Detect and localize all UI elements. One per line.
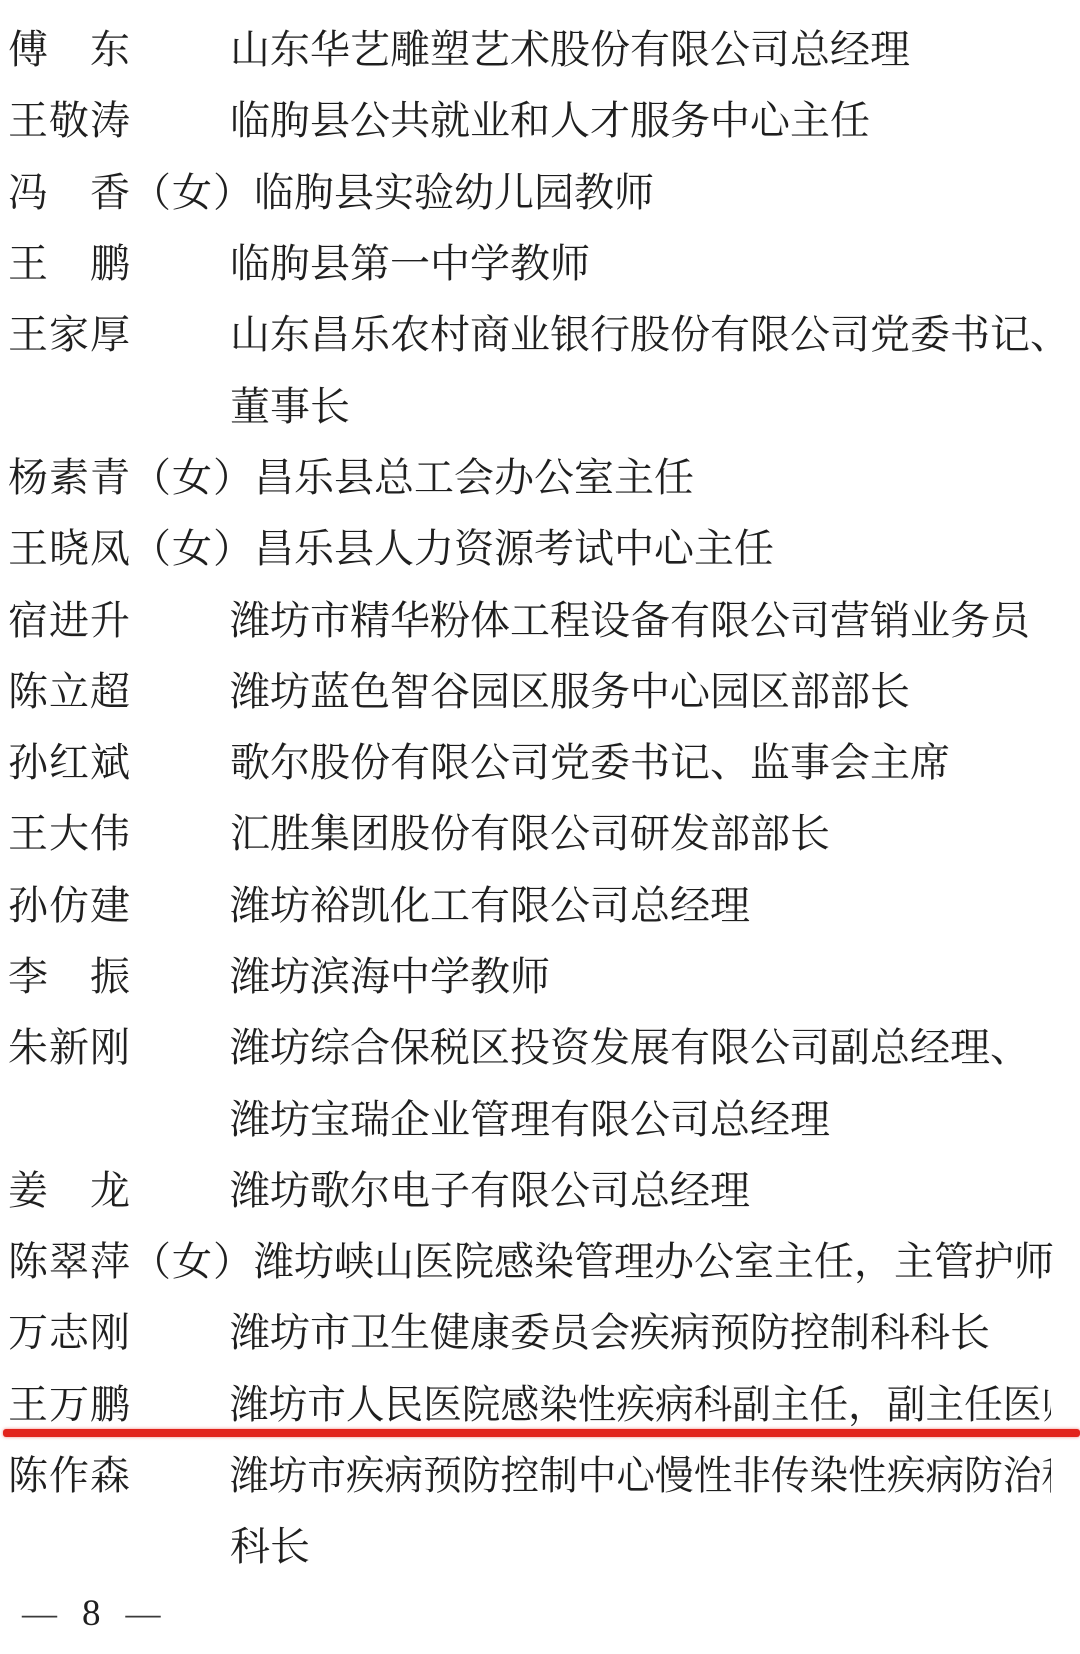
- person-name: 陈作森: [0, 1444, 230, 1501]
- person-title: 潍坊歌尔电子有限公司总经理: [230, 1159, 1080, 1216]
- person-title: 潍坊峡山医院感染管理办公室主任，主管护师: [254, 1230, 1080, 1287]
- roster-row: 陈作森潍坊市疾病预防控制中心慢性非传染性疾病防治科: [0, 1437, 1080, 1508]
- person-title: 潍坊综合保税区投资发展有限公司副总经理、: [230, 1016, 1080, 1073]
- person-title: 歌尔股份有限公司党委书记、监事会主席: [230, 731, 1080, 788]
- person-name: 宿进升: [0, 589, 230, 646]
- person-title: 潍坊市精华粉体工程设备有限公司营销业务员: [230, 589, 1080, 646]
- person-name: 孙仿建: [0, 874, 230, 931]
- person-title: 潍坊市疾病预防控制中心慢性非传染性疾病防治科: [230, 1444, 1051, 1501]
- person-name: 冯 香（女）: [0, 161, 254, 218]
- footer-left-dash: —: [22, 1594, 57, 1634]
- person-title: 临朐县第一中学教师: [230, 232, 1080, 289]
- roster-row: 潍坊宝瑞企业管理有限公司总经理: [0, 1080, 1080, 1151]
- person-title: 潍坊市人民医院感染性疾病科副主任，副主任医师: [230, 1373, 1051, 1430]
- roster-row: 王家厚山东昌乐农村商业银行股份有限公司党委书记、: [0, 296, 1080, 367]
- person-title: 山东昌乐农村商业银行股份有限公司党委书记、: [230, 303, 1080, 360]
- roster-row: 董事长: [0, 367, 1080, 438]
- person-name: 孙红斌: [0, 731, 230, 788]
- person-name: 王晓凤（女）: [0, 517, 254, 574]
- person-title: 董事长: [230, 375, 1080, 432]
- roster-row: 陈翠萍（女）潍坊峡山医院感染管理办公室主任，主管护师: [0, 1223, 1080, 1294]
- person-title: 汇胜集团股份有限公司研发部部长: [230, 802, 1080, 859]
- roster-row: 宿进升潍坊市精华粉体工程设备有限公司营销业务员: [0, 581, 1080, 652]
- person-title: 潍坊宝瑞企业管理有限公司总经理: [230, 1088, 1080, 1145]
- roster-row: 孙红斌歌尔股份有限公司党委书记、监事会主席: [0, 724, 1080, 795]
- person-name: 陈立超: [0, 660, 230, 717]
- person-name: 王大伟: [0, 802, 230, 859]
- person-title: 潍坊蓝色智谷园区服务中心园区部部长: [230, 660, 1080, 717]
- roster-row: 科长: [0, 1508, 1080, 1579]
- page-footer: — 8 —: [22, 1592, 161, 1635]
- person-name: 傅 东: [0, 18, 230, 75]
- roster-row: 杨素青（女）昌乐县总工会办公室主任: [0, 439, 1080, 510]
- person-name: 王敬涛: [0, 89, 230, 146]
- award-roster: 傅 东山东华艺雕塑艺术股份有限公司总经理王敬涛临朐县公共就业和人才服务中心主任冯…: [0, 11, 1080, 1580]
- roster-row: 孙仿建潍坊裕凯化工有限公司总经理: [0, 867, 1080, 938]
- roster-row: 朱新刚潍坊综合保税区投资发展有限公司副总经理、: [0, 1009, 1080, 1080]
- footer-right-dash: —: [126, 1594, 161, 1634]
- person-name: 陈翠萍（女）: [0, 1230, 254, 1287]
- person-name: 王家厚: [0, 303, 230, 360]
- person-title: 潍坊裕凯化工有限公司总经理: [230, 874, 1080, 931]
- roster-row: 王 鹏临朐县第一中学教师: [0, 225, 1080, 296]
- person-title: 临朐县实验幼儿园教师: [254, 161, 1080, 218]
- person-name: 姜 龙: [0, 1159, 230, 1216]
- person-title: 潍坊市卫生健康委员会疾病预防控制科科长: [230, 1301, 1080, 1358]
- person-name: 王万鹏: [0, 1373, 230, 1430]
- roster-row: 冯 香（女）临朐县实验幼儿园教师: [0, 154, 1080, 225]
- person-title: 昌乐县人力资源考试中心主任: [254, 517, 1080, 574]
- roster-row: 王晓凤（女）昌乐县人力资源考试中心主任: [0, 510, 1080, 581]
- person-title: 山东华艺雕塑艺术股份有限公司总经理: [230, 18, 1080, 75]
- person-title: 科长: [230, 1515, 1080, 1572]
- roster-row: 姜 龙潍坊歌尔电子有限公司总经理: [0, 1152, 1080, 1223]
- roster-row: 李 振潍坊滨海中学教师: [0, 938, 1080, 1009]
- document-page: 傅 东山东华艺雕塑艺术股份有限公司总经理王敬涛临朐县公共就业和人才服务中心主任冯…: [0, 0, 1080, 1654]
- roster-row: 王万鹏潍坊市人民医院感染性疾病科副主任，副主任医师: [0, 1366, 1080, 1437]
- person-title: 潍坊滨海中学教师: [230, 945, 1080, 1002]
- person-name: 杨素青（女）: [0, 446, 254, 503]
- roster-row: 王敬涛临朐县公共就业和人才服务中心主任: [0, 82, 1080, 153]
- roster-row: 傅 东山东华艺雕塑艺术股份有限公司总经理: [0, 11, 1080, 82]
- roster-row: 王大伟汇胜集团股份有限公司研发部部长: [0, 795, 1080, 866]
- person-title: 临朐县公共就业和人才服务中心主任: [230, 89, 1080, 146]
- person-name: 朱新刚: [0, 1016, 230, 1073]
- person-name: 王 鹏: [0, 232, 230, 289]
- roster-row: 陈立超潍坊蓝色智谷园区服务中心园区部部长: [0, 653, 1080, 724]
- roster-row: 万志刚潍坊市卫生健康委员会疾病预防控制科科长: [0, 1294, 1080, 1365]
- person-title: 昌乐县总工会办公室主任: [254, 446, 1080, 503]
- person-name: 万志刚: [0, 1301, 230, 1358]
- page-number: 8: [82, 1592, 101, 1635]
- person-name: 李 振: [0, 945, 230, 1002]
- red-underline-annotation: [3, 1429, 1080, 1437]
